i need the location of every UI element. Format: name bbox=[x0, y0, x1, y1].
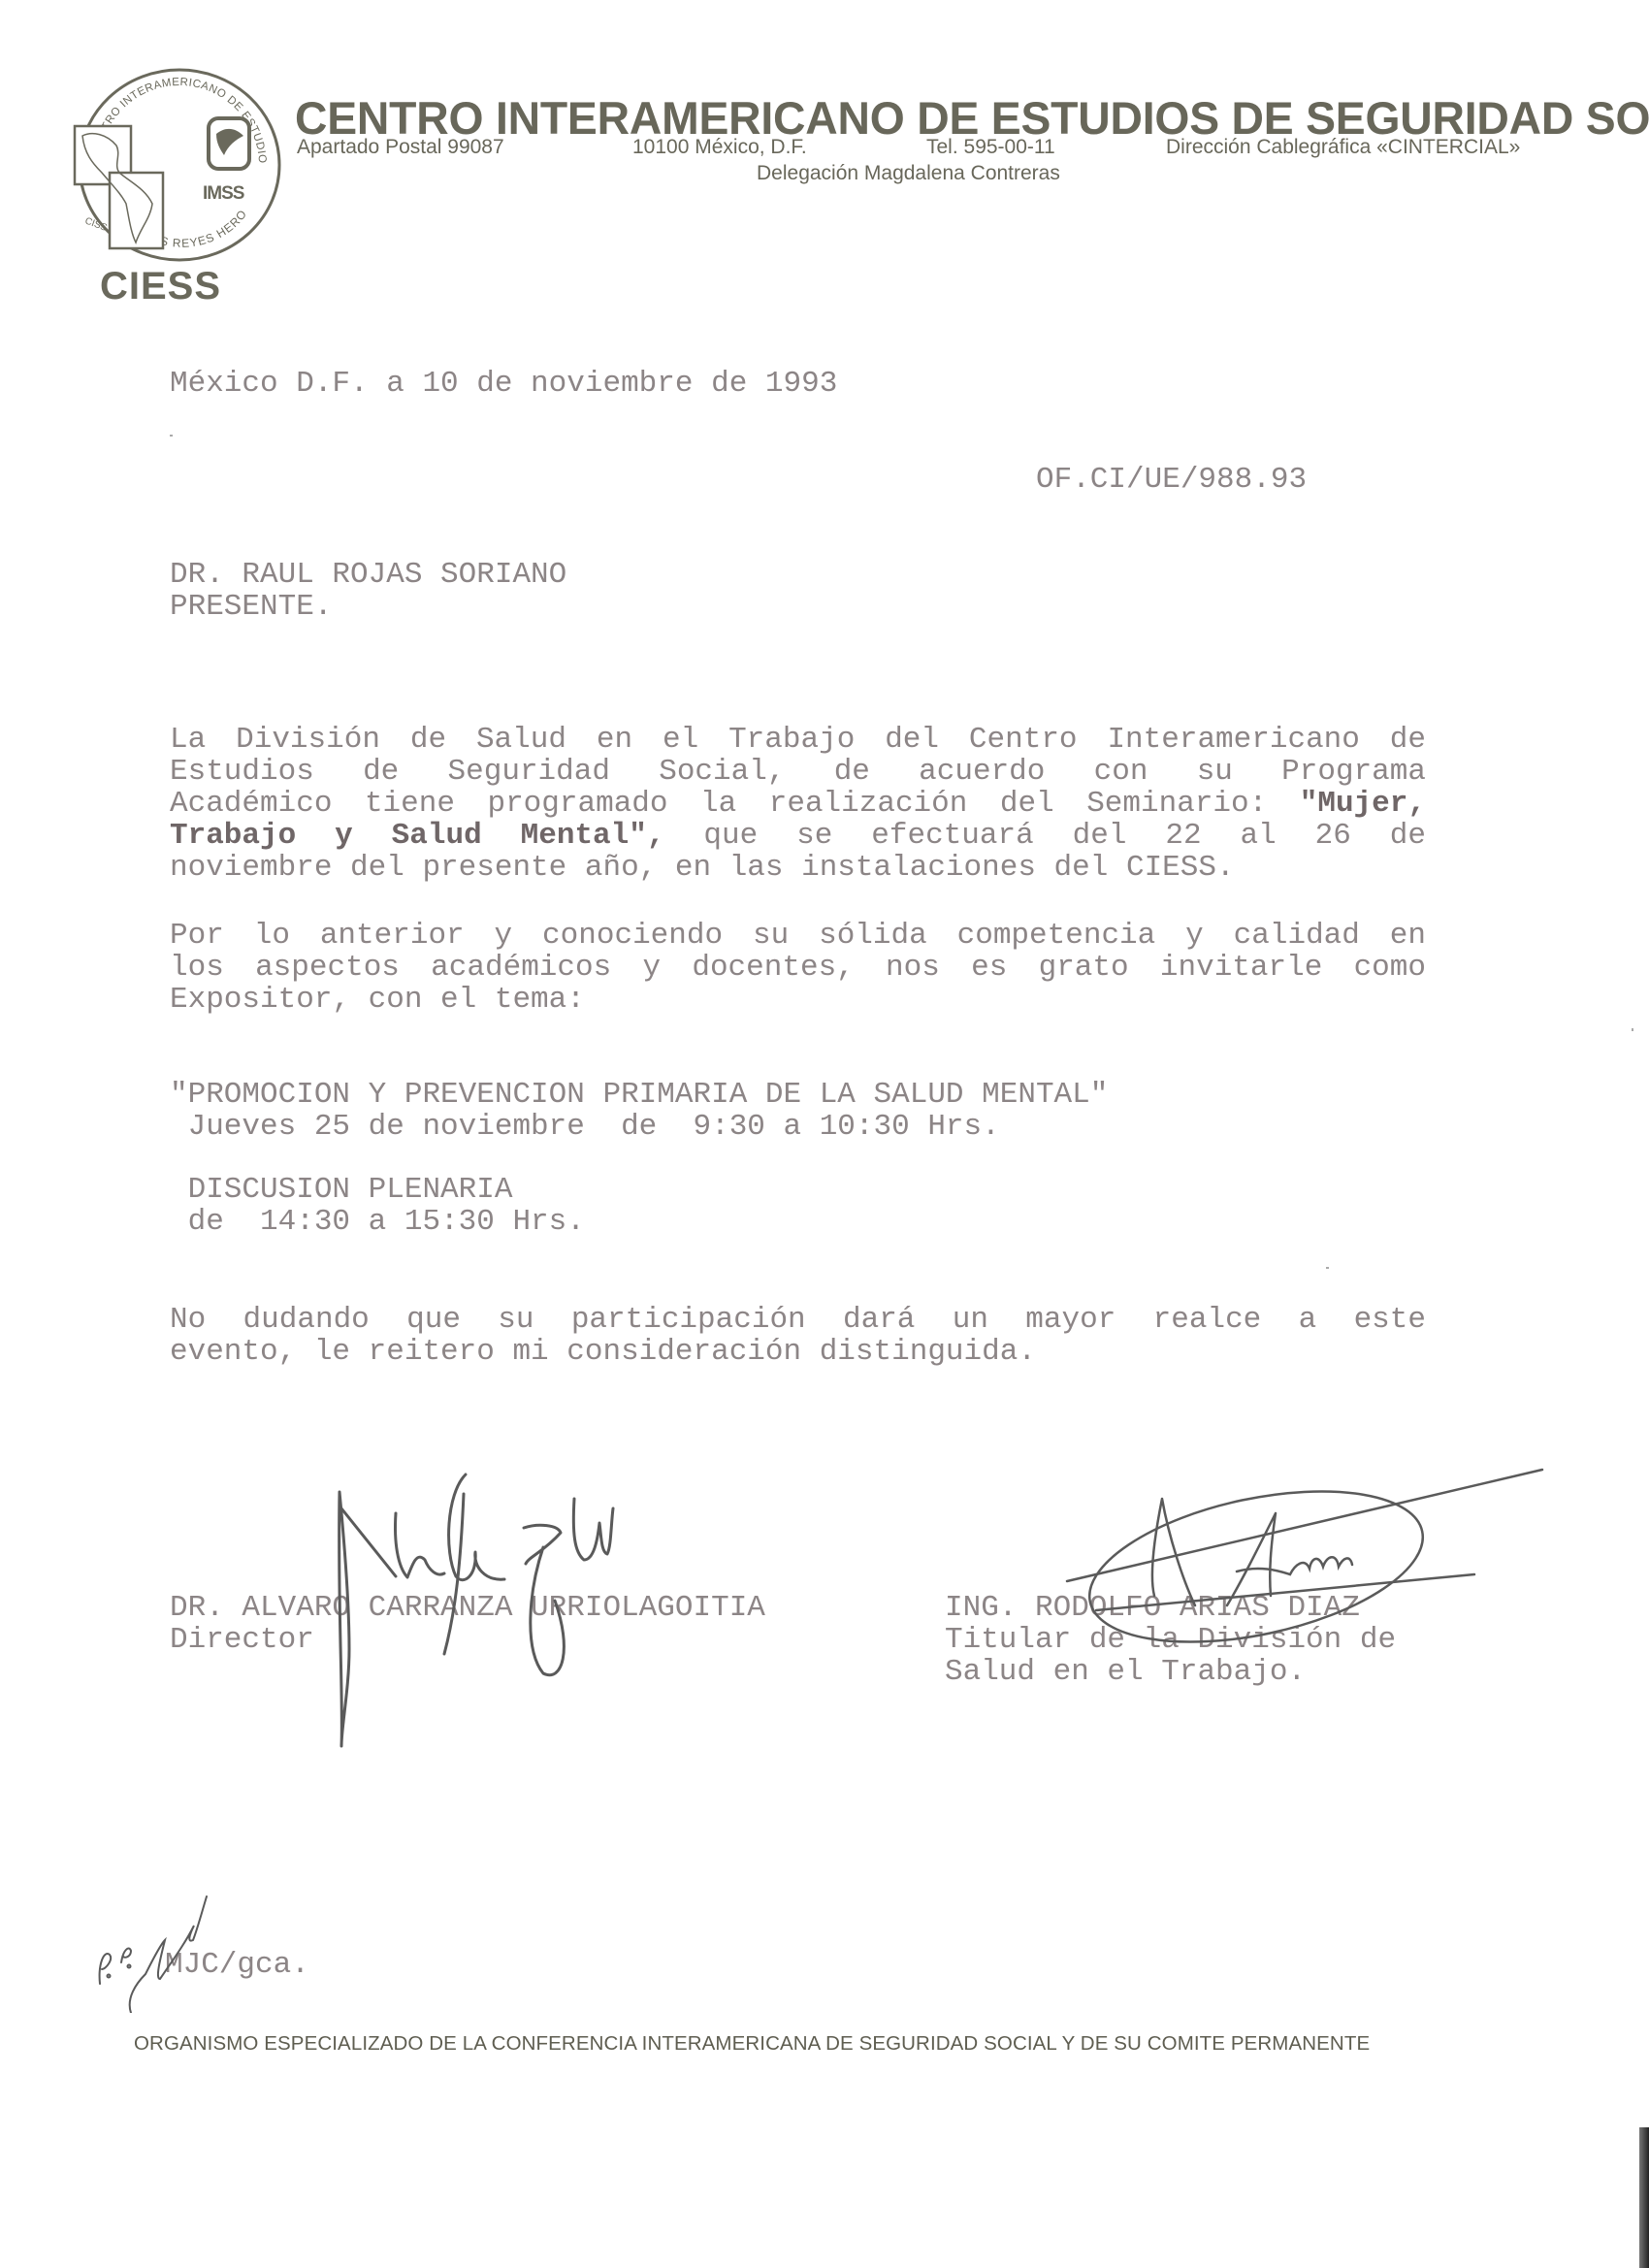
date-line: México D.F. a 10 de noviembre de 1993 bbox=[170, 368, 837, 400]
ciess-acronym: CIESS bbox=[100, 265, 221, 308]
paragraph-seminar: La División de Salud en el Trabajo del C… bbox=[170, 724, 1426, 884]
closing-paragraph: No dudando que su participación dará un … bbox=[170, 1304, 1426, 1368]
scan-speck bbox=[1632, 1028, 1633, 1031]
signatory-1-title: Director bbox=[170, 1624, 314, 1656]
paragraph-line: La División de Salud en el Trabajo del C… bbox=[170, 724, 1426, 756]
scan-edge-shadow bbox=[1639, 2127, 1649, 2268]
signatory-2-title-cont: Salud en el Trabajo. bbox=[945, 1656, 1306, 1688]
seminar-title: "Mujer, bbox=[1300, 787, 1426, 821]
imss-text: IMSS bbox=[203, 183, 244, 204]
paragraph-line: Académico tiene programado la realizació… bbox=[170, 788, 1426, 820]
typist-initials: MJC/gca. bbox=[165, 1949, 309, 1981]
topic-schedule: Jueves 25 de noviembre de 9:30 a 10:30 H… bbox=[170, 1111, 1000, 1143]
footer-organization: ORGANISMO ESPECIALIZADO DE LA CONFERENCI… bbox=[134, 2032, 1370, 2056]
signatory-1-name: DR. ALVARO CARRANZA URRIOLAGOITIA bbox=[170, 1592, 765, 1624]
signatory-2-name: ING. RODOLFO ARIAS DIAZ bbox=[945, 1592, 1360, 1624]
paragraph-line: Estudios de Seguridad Social, de acuerdo… bbox=[170, 756, 1426, 788]
scan-speck bbox=[1326, 1267, 1329, 1269]
paragraph-text: que se efectuará del 22 al 26 de bbox=[703, 819, 1426, 853]
paragraph-line: Trabajo y Salud Mental", que se efectuar… bbox=[170, 820, 1426, 852]
discussion-title: DISCUSION PLENARIA bbox=[170, 1174, 512, 1206]
delegation: Delegación Magdalena Contreras bbox=[757, 162, 1060, 185]
signatory-2-title: Titular de la División de bbox=[945, 1624, 1396, 1656]
recipient-salutation: PRESENTE. bbox=[170, 591, 332, 623]
recipient-name: DR. RAUL ROJAS SORIANO bbox=[170, 559, 566, 591]
ciess-logo: CENTRO INTERAMERICANO DE ESTUDIOS DE SEG… bbox=[63, 58, 306, 310]
postal-box: Apartado Postal 99087 bbox=[297, 136, 504, 159]
paragraph-text: Académico tiene programado la realizació… bbox=[170, 787, 1267, 821]
discussion-schedule: de 14:30 a 15:30 Hrs. bbox=[170, 1206, 585, 1238]
paragraph-invitation: Por lo anterior y conociendo su sólida c… bbox=[170, 920, 1426, 1016]
paragraph-line: No dudando que su participación dará un … bbox=[170, 1304, 1426, 1336]
city-address: 10100 México, D.F. bbox=[632, 136, 807, 159]
map-box-south bbox=[110, 173, 163, 248]
seminar-title-cont: Trabajo y Salud Mental", bbox=[170, 819, 664, 853]
logo-ciss-text: CISS bbox=[83, 215, 109, 233]
reference-number: OF.CI/UE/988.93 bbox=[1036, 464, 1307, 496]
topic-title: "PROMOCION Y PREVENCION PRIMARIA DE LA S… bbox=[170, 1079, 1108, 1111]
paragraph-line: los aspectos académicos y docentes, nos … bbox=[170, 952, 1426, 984]
paragraph-line: Por lo anterior y conociendo su sólida c… bbox=[170, 920, 1426, 952]
paragraph-line: Expositor, con el tema: bbox=[170, 984, 1426, 1016]
phone-number: Tel. 595-00-11 bbox=[926, 136, 1055, 159]
paragraph-line: evento, le reitero mi consideración dist… bbox=[170, 1336, 1426, 1368]
paragraph-line: noviembre del presente año, en las insta… bbox=[170, 852, 1426, 884]
scan-speck bbox=[170, 435, 173, 437]
cable-address: Dirección Cablegráfica «CINTERCIAL» bbox=[1166, 136, 1520, 159]
